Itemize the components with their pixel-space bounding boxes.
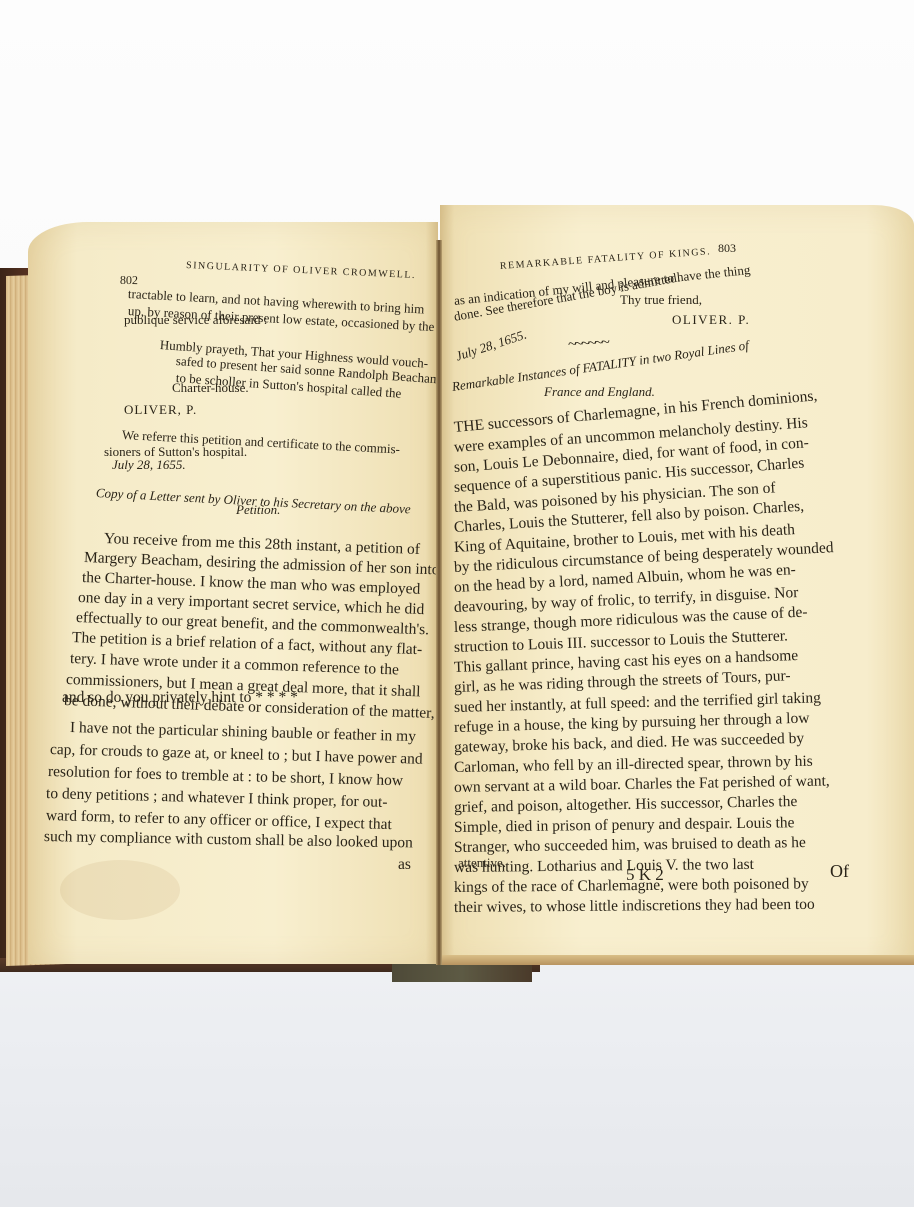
book-photo: 802 SINGULARITY OF OLIVER CROMWELL. trac…: [0, 0, 914, 1207]
signature-mark: 5 K 2: [626, 866, 664, 883]
page-number-right: 803: [718, 242, 736, 254]
catchword-left: as: [398, 857, 411, 873]
text-line: publique service aforesaid :: [124, 313, 267, 326]
paragraph-line: and so do you privately hint to * * * *: [62, 690, 298, 706]
ornament-divider: ~~~~~~: [568, 335, 609, 353]
page-number-left: 802: [120, 274, 138, 286]
book-gutter: [436, 240, 442, 965]
spine-headband: [392, 962, 532, 982]
date-left: July 28, 1655.: [112, 458, 186, 471]
paper-stain: [60, 860, 180, 920]
page-bottom-edge: [440, 955, 914, 965]
petition-line: Charter-house.: [172, 381, 249, 394]
section-heading-left: Petition.: [236, 503, 280, 516]
signature-left: OLIVER, P.: [124, 403, 197, 416]
paragraph-line: attentive.: [458, 856, 506, 869]
section-heading-right: France and England.: [544, 385, 655, 398]
catchword-right: Of: [830, 862, 849, 880]
paragraph-line: their wives, to whose little indiscretio…: [454, 897, 815, 916]
signature-right: OLIVER. P.: [672, 313, 750, 326]
closing-line: Thy true friend,: [620, 293, 702, 306]
